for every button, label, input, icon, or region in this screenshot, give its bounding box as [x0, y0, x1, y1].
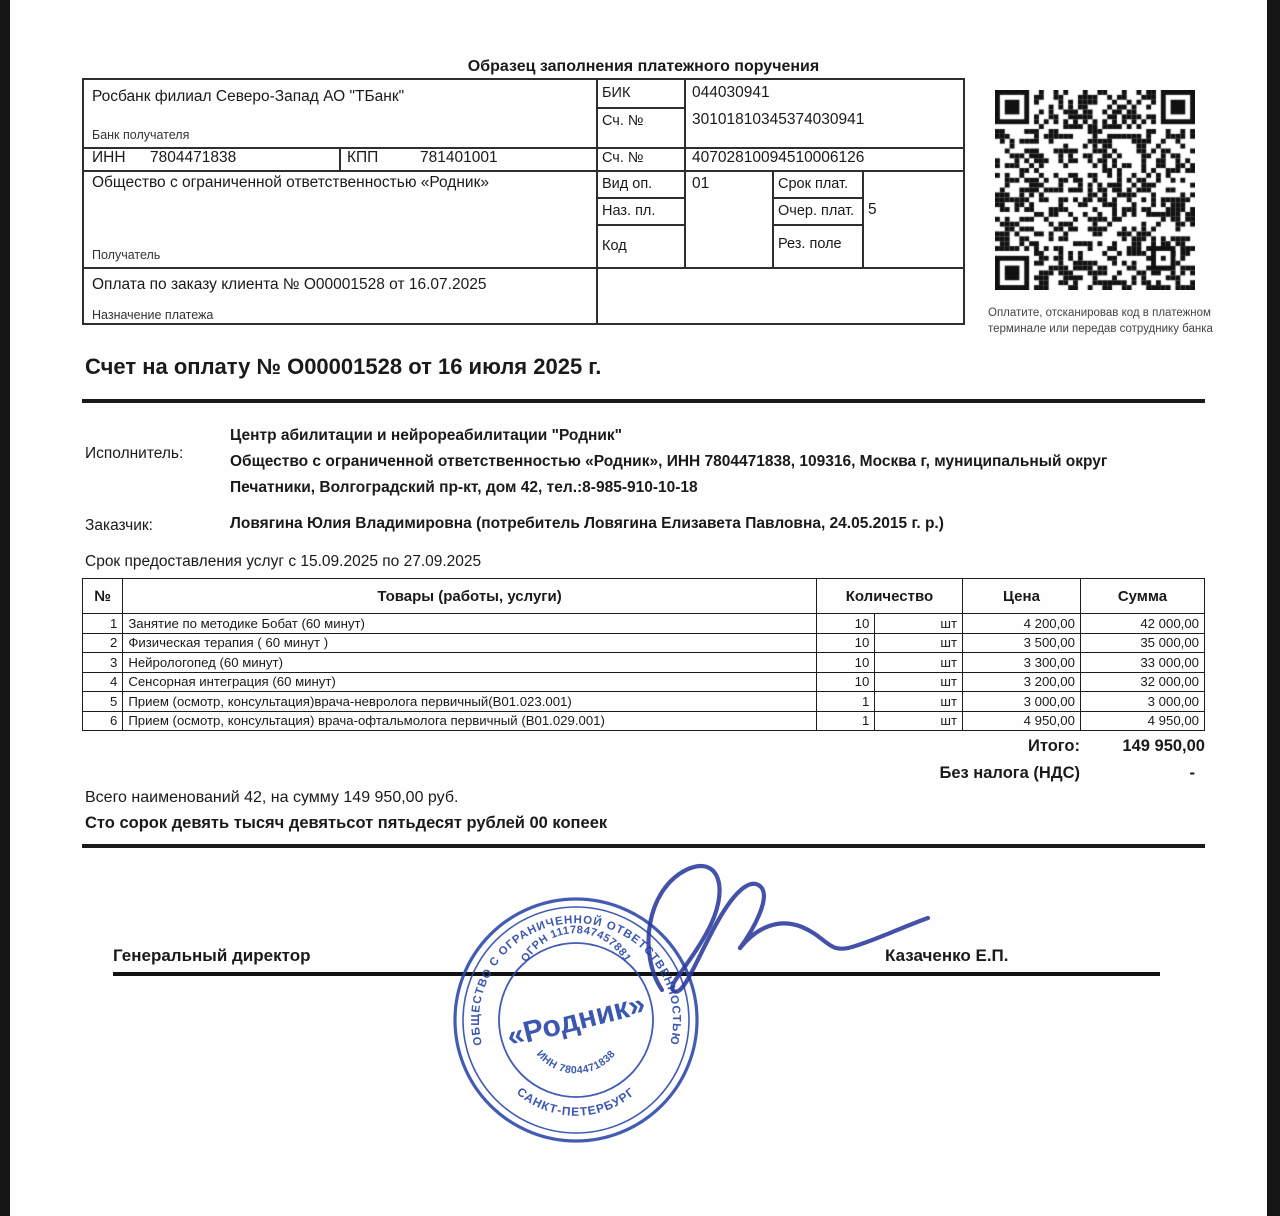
executor-label: Исполнитель:: [85, 445, 183, 463]
executor-value: Центр абилитации и нейрореабилитации "Ро…: [230, 423, 1190, 501]
cell-qty: 1: [816, 711, 874, 731]
left-edge-bar: [0, 0, 10, 1216]
cell-price: 4 200,00: [963, 614, 1081, 634]
kpp-value: 781401001: [420, 149, 498, 167]
cell-qty: 10: [816, 633, 874, 653]
stamp-inner-top-text: ОГРН 1117847457881: [519, 924, 633, 964]
cell-unit: шт: [875, 672, 963, 692]
corr-account-label: Сч. №: [602, 113, 643, 129]
header-sum: Сумма: [1080, 579, 1204, 614]
bik-label: БИК: [602, 85, 630, 101]
table-header-row: № Товары (работы, услуги) Количество Цен…: [83, 579, 1205, 614]
footer-rule: [82, 844, 1205, 848]
payment-order-form: Росбанк филиал Северо-Запад АО "ТБанк" Б…: [82, 78, 965, 325]
cell-num: 6: [83, 711, 123, 731]
table-row: 1Занятие по методике Бобат (60 минут)10ш…: [83, 614, 1205, 634]
service-period: Срок предоставления услуг с 15.09.2025 п…: [85, 553, 481, 571]
divider: [772, 170, 774, 267]
cell-price: 3 500,00: [963, 633, 1081, 653]
qr-code: [995, 90, 1195, 290]
divider: [772, 224, 862, 226]
company-stamp: ОБЩЕСТВО С ОГРАНИЧЕННОЙ ОТВЕТСТВЕННОСТЬЮ…: [400, 858, 960, 1198]
stamp-outer-bottom-text: ✱ САНКТ-ПЕТЕРБУРГ ✱: [400, 858, 641, 1119]
cell-sum: 33 000,00: [1080, 653, 1204, 673]
cell-unit: шт: [875, 653, 963, 673]
table-row: 6Прием (осмотр, консультация) врача-офта…: [83, 711, 1205, 731]
cell-price: 4 950,00: [963, 711, 1081, 731]
cell-unit: шт: [875, 614, 963, 634]
divider: [596, 224, 684, 226]
cell-name: Физическая терапия ( 60 минут ): [123, 633, 817, 653]
invoice-title: Счет на оплату № О00001528 от 16 июля 20…: [85, 354, 601, 380]
table-row: 4Сенсорная интеграция (60 минут)10шт3 20…: [83, 672, 1205, 692]
divider: [84, 267, 963, 269]
recipient-caption: Получатель: [92, 248, 160, 262]
inn-label: ИНН: [92, 149, 126, 167]
account-value: 40702810094510006126: [692, 149, 864, 167]
divider: [684, 80, 686, 267]
divider: [772, 197, 862, 199]
payment-sample-title: Образец заполнения платежного поручения: [82, 58, 1205, 76]
cell-sum: 32 000,00: [1080, 672, 1204, 692]
divider: [339, 147, 341, 170]
signature-line: [113, 972, 1160, 976]
header-price: Цена: [963, 579, 1081, 614]
qr-caption: Оплатите, отсканировав код в платежном т…: [988, 306, 1216, 337]
divider: [84, 170, 963, 172]
vid-op-label: Вид оп.: [602, 176, 652, 192]
cell-num: 1: [83, 614, 123, 634]
corr-account-value: 30101810345374030941: [692, 111, 864, 129]
items-table: № Товары (работы, услуги) Количество Цен…: [82, 578, 1205, 731]
recipient-name: Общество с ограниченной ответственностью…: [92, 174, 489, 192]
divider: [596, 197, 684, 199]
items-summary: Всего наименований 42, на сумму 149 950,…: [85, 789, 458, 807]
cell-name: Нейрологопед (60 минут): [123, 653, 817, 673]
amount-in-words: Сто сорок девять тысяч девятьсот пятьдес…: [85, 814, 607, 833]
table-row: 5Прием (осмотр, консультация)врача-невро…: [83, 692, 1205, 712]
purpose-value: Оплата по заказу клиента № О00001528 от …: [92, 276, 486, 294]
table-row: 2Физическая терапия ( 60 минут )10шт3 50…: [83, 633, 1205, 653]
stamp-svg: ОБЩЕСТВО С ОГРАНИЧЕННОЙ ОТВЕТСТВЕННОСТЬЮ…: [400, 858, 960, 1198]
no-vat-label: Без налога (НДС): [939, 764, 1080, 783]
executor-line1: Центр абилитации и нейрореабилитации "Ро…: [230, 423, 1190, 449]
right-edge-bar: [1267, 0, 1280, 1216]
cell-sum: 35 000,00: [1080, 633, 1204, 653]
title-rule: [82, 399, 1205, 403]
cell-num: 4: [83, 672, 123, 692]
kod-label: Код: [602, 238, 627, 254]
cell-qty: 10: [816, 672, 874, 692]
customer-label: Заказчик:: [85, 517, 153, 535]
stamp-inner-bottom-text: ИНН 7804471838: [534, 1048, 618, 1077]
purpose-caption: Назначение платежа: [92, 308, 213, 322]
ocher-plat-value: 5: [868, 201, 877, 219]
divider: [596, 80, 598, 323]
divider: [596, 107, 684, 109]
cell-name: Сенсорная интеграция (60 минут): [123, 672, 817, 692]
cell-price: 3 200,00: [963, 672, 1081, 692]
divider: [862, 170, 864, 267]
stamp-outer-top-text: ОБЩЕСТВО С ОГРАНИЧЕННОЙ ОТВЕТСТВЕННОСТЬЮ: [470, 914, 682, 1046]
header-name: Товары (работы, услуги): [123, 579, 817, 614]
invoice-document: Образец заполнения платежного поручения …: [0, 0, 1280, 1216]
vid-op-value: 01: [692, 175, 709, 193]
cell-num: 3: [83, 653, 123, 673]
inn-value: 7804471838: [150, 149, 236, 167]
bank-caption: Банк получателя: [92, 128, 189, 142]
bank-name: Росбанк филиал Северо-Запад АО "ТБанк": [92, 88, 404, 106]
total-value: 149 950,00: [1122, 737, 1205, 756]
rez-pole-label: Рез. поле: [778, 236, 842, 252]
no-vat-value: -: [1190, 764, 1196, 783]
ocher-plat-label: Очер. плат.: [778, 203, 854, 219]
header-qty: Количество: [816, 579, 962, 614]
cell-unit: шт: [875, 633, 963, 653]
executor-line2: Общество с ограниченной ответственностью…: [230, 449, 1190, 501]
cell-unit: шт: [875, 692, 963, 712]
cell-unit: шт: [875, 711, 963, 731]
kpp-label: КПП: [347, 149, 378, 167]
account-label: Сч. №: [602, 150, 643, 166]
cell-price: 3 300,00: [963, 653, 1081, 673]
cell-name: Занятие по методике Бобат (60 минут): [123, 614, 817, 634]
cell-sum: 4 950,00: [1080, 711, 1204, 731]
cell-name: Прием (осмотр, консультация)врача-неврол…: [123, 692, 817, 712]
stamp-center-text: «Родник»: [504, 987, 649, 1053]
header-num: №: [83, 579, 123, 614]
total-label: Итого:: [1028, 737, 1080, 756]
cell-num: 5: [83, 692, 123, 712]
customer-value: Ловягина Юлия Владимировна (потребитель …: [230, 511, 1190, 537]
director-name: Казаченко Е.П.: [885, 946, 1009, 966]
cell-qty: 10: [816, 614, 874, 634]
director-label: Генеральный директор: [113, 946, 310, 966]
bik-value: 044030941: [692, 84, 770, 102]
srok-plat-label: Срок плат.: [778, 176, 848, 192]
table-row: 3Нейрологопед (60 минут)10шт3 300,0033 0…: [83, 653, 1205, 673]
cell-sum: 42 000,00: [1080, 614, 1204, 634]
naz-pl-label: Наз. пл.: [602, 203, 655, 219]
cell-qty: 10: [816, 653, 874, 673]
cell-price: 3 000,00: [963, 692, 1081, 712]
cell-qty: 1: [816, 692, 874, 712]
cell-num: 2: [83, 633, 123, 653]
cell-sum: 3 000,00: [1080, 692, 1204, 712]
cell-name: Прием (осмотр, консультация) врача-офтал…: [123, 711, 817, 731]
stamp-rings: [455, 899, 697, 1141]
